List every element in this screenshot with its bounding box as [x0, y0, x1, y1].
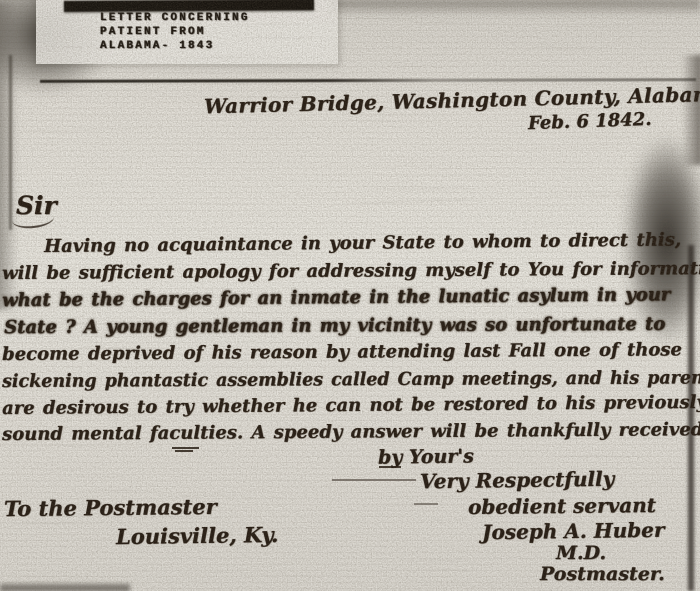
- body-line: what be the charges for an inmate in the…: [2, 284, 670, 311]
- scan-right-edge: [682, 55, 700, 165]
- scanned-letter-page: LETTER CONCERNING PATIENT FROM ALABAMA- …: [0, 0, 700, 591]
- body-line: will be sufficient apology for addressin…: [2, 258, 700, 284]
- label-underline-rule: [40, 78, 696, 83]
- body-line: are desirous to try whether he can not b…: [2, 392, 700, 419]
- redacted-title-bar: [64, 0, 314, 12]
- pen-dash: [414, 503, 438, 505]
- body-line: sickening phantastic assemblies called C…: [2, 367, 700, 392]
- body-line: Having no acquaintance in your State to …: [44, 229, 681, 257]
- underline-mark: [175, 450, 193, 452]
- body-line: sound mental faculties. A speedy answer …: [2, 419, 700, 445]
- closing-line: Very Respectfully: [420, 467, 615, 494]
- signature-title: M.D.: [556, 542, 606, 564]
- closing-line: by Your's: [378, 445, 474, 468]
- scan-left-fold-line: [9, 55, 12, 230]
- address-line: Louisville, Ky.: [116, 522, 279, 549]
- letter-salutation: Sir: [16, 191, 57, 220]
- body-line: become deprived of his reason by attendi…: [2, 339, 682, 365]
- signature-role: Postmaster.: [540, 563, 665, 585]
- pen-dash: [332, 479, 416, 481]
- scan-right-fold-line: [688, 245, 694, 591]
- label-line-2: PATIENT FROM: [100, 26, 206, 38]
- signature-name: Joseph A. Huber: [482, 518, 665, 545]
- scan-bottom-edge: [0, 584, 130, 591]
- underline-mark: [172, 447, 199, 449]
- closing-line: obedient servant: [468, 493, 656, 519]
- letter-date-line: Feb. 6 1842.: [528, 109, 652, 134]
- address-line: To the Postmaster: [4, 494, 217, 521]
- label-line-1: LETTER CONCERNING: [100, 12, 250, 24]
- scan-top-band: [330, 0, 700, 16]
- body-line: State ? A young gentleman in my vicinity…: [4, 314, 665, 338]
- label-line-3: ALABAMA- 1843: [100, 40, 214, 52]
- archival-label: LETTER CONCERNING PATIENT FROM ALABAMA- …: [36, 0, 338, 64]
